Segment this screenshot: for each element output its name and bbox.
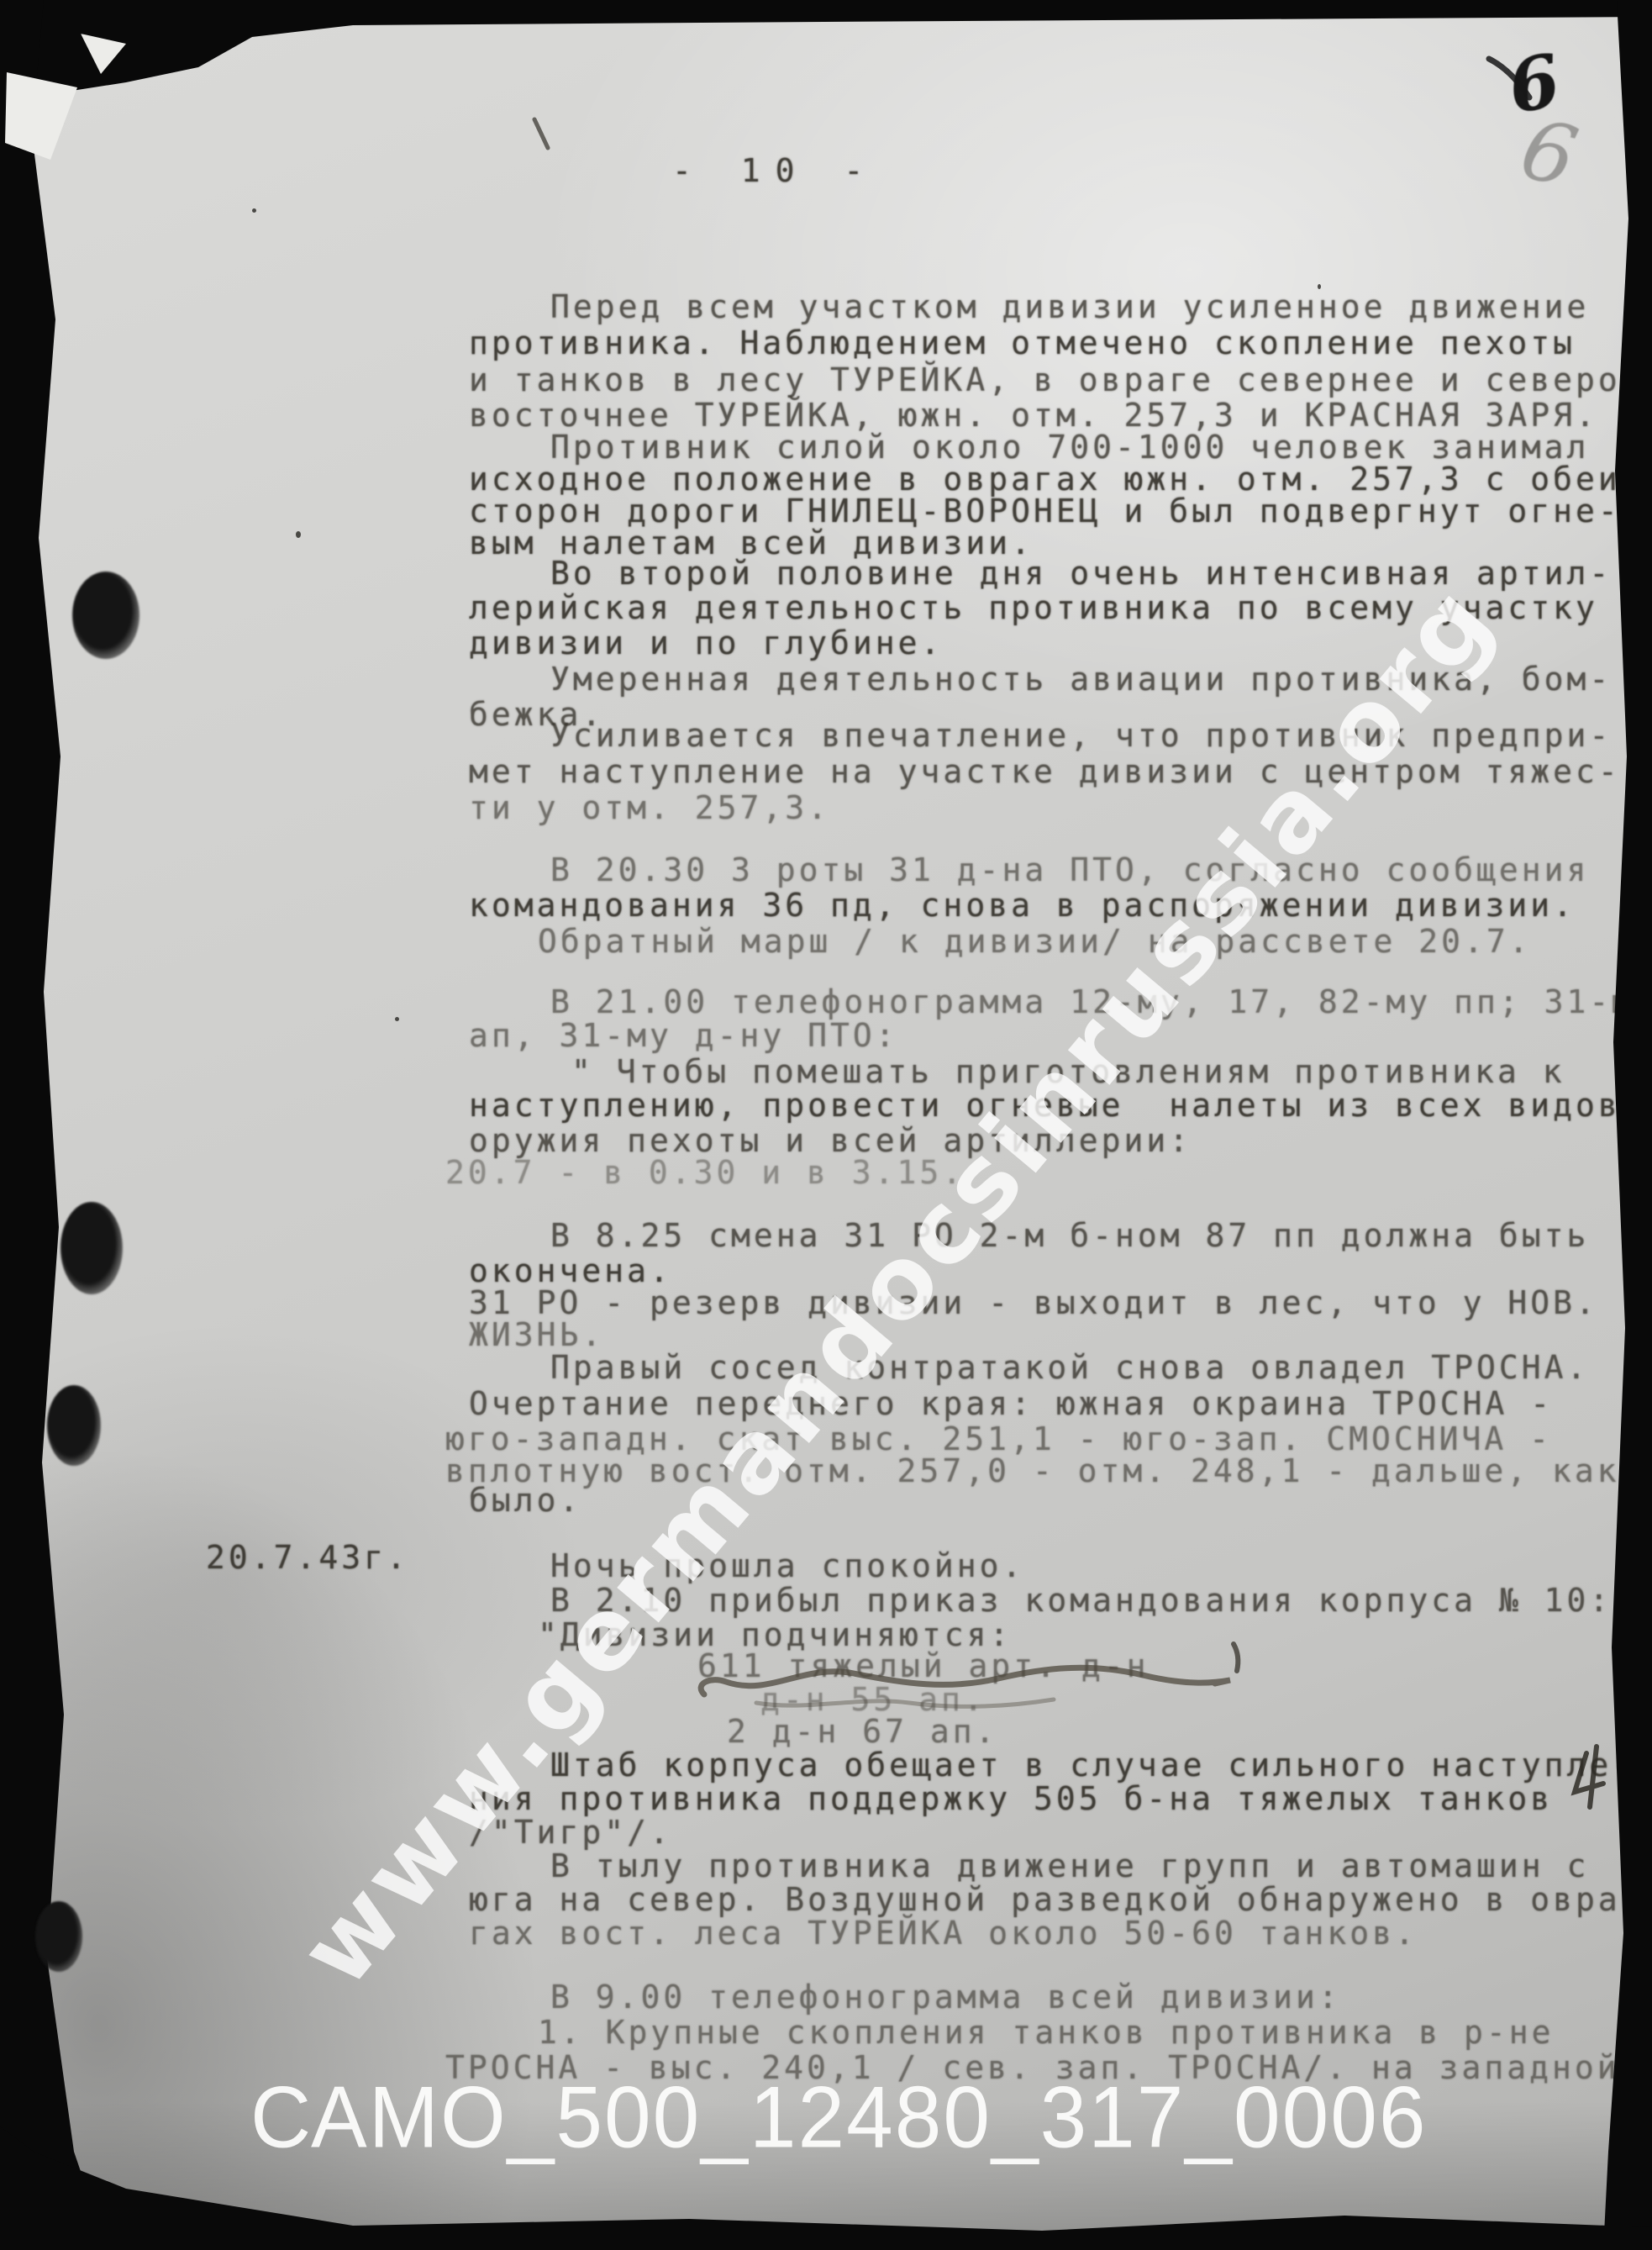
document-line: гах вост. леса ТУРЕЙКА около 50-60 танко… xyxy=(469,1916,1418,1950)
scan-speck xyxy=(252,208,256,213)
stray-pen-stroke xyxy=(534,119,548,148)
document-line: 1. Крупные скопления танков противника в… xyxy=(538,2016,1555,2049)
scan-speck xyxy=(296,531,301,538)
document-line: вплотную вост. отм. 257,0 - отм. 248,1 -… xyxy=(445,1454,1620,1488)
scan-speck xyxy=(1318,284,1321,289)
document-line: Перед всем участком дивизии усиленное дв… xyxy=(550,290,1589,324)
punch-hole xyxy=(72,572,139,659)
document-line: Обратный марш / к дивизии/ на рассвете 2… xyxy=(538,925,1532,958)
document-line: Штаб корпуса обещает в случае сильного н… xyxy=(550,1748,1634,1782)
pencil-tick xyxy=(1234,1644,1238,1671)
archive-reference-label: САМО_500_12480_317_0006 xyxy=(250,2068,1428,2168)
document-line: Правый сосед контратакой снова овладел Т… xyxy=(550,1351,1589,1384)
document-line: командования 36 пд, снова в распоряжении… xyxy=(469,888,1576,922)
document-line: В 20.30 3 роты 31 д-на ПТО, согласно соо… xyxy=(550,853,1589,887)
punch-hole xyxy=(35,1901,82,1972)
document-line: ап, 31-му д-ну ПТО: xyxy=(469,1019,898,1052)
paper-tear xyxy=(81,34,139,84)
paper-tear xyxy=(0,0,101,185)
document-line: сторон дороги ГНИЛЕЦ-ВОРОНЕЦ и был подве… xyxy=(469,494,1621,528)
document-line: д-н 55 ап. xyxy=(760,1683,986,1716)
document-line: исходное положение в оврагах южн. отм. 2… xyxy=(469,462,1644,496)
document-line: ния противника поддержку 505 б-на тяжелы… xyxy=(469,1782,1553,1815)
document-line: В тылу противника движение групп и автом… xyxy=(550,1849,1589,1883)
document-line: 31 РО - резерв дивизии - выходит в лес, … xyxy=(469,1286,1598,1320)
document-line: юга на север. Воздушной разведкой обнару… xyxy=(469,1883,1644,1916)
document-line: Противник силой около 700-1000 человек з… xyxy=(550,430,1589,464)
document-line: 611 тяжелый арт. д-н xyxy=(697,1649,1150,1683)
document-line: восточнее ТУРЕЙКА, южн. отм. 257,3 и КРА… xyxy=(469,398,1598,432)
document-line: 20.7 - в 0.30 и в 3.15. xyxy=(445,1156,965,1189)
document-line: юго-западн. скат выс. 251,1 - юго-зап. С… xyxy=(445,1422,1552,1456)
document-line: было. xyxy=(469,1483,581,1517)
document-line: Очертание переднего края: южная окраина … xyxy=(469,1387,1553,1420)
document-line: ЖИЗНЬ. xyxy=(469,1318,604,1352)
punch-hole xyxy=(61,1202,123,1294)
document-line: Усиливается впечатление, что противник п… xyxy=(550,719,1612,752)
margin-date: 20.7.43г. xyxy=(206,1541,409,1574)
document-line: и танков в лесу ТУРЕЙКА, в овраге северн… xyxy=(469,363,1644,397)
scan-speck xyxy=(395,1017,399,1021)
document-line: дивизии и по глубине. xyxy=(469,626,943,660)
document-line: 2 д-н 67 ап. xyxy=(727,1715,998,1748)
document-line: окончена. xyxy=(469,1254,672,1288)
document-line: мет наступление на участке дивизии с цен… xyxy=(469,755,1621,788)
document-line: В 9.00 телефонограмма всей дивизии: xyxy=(550,1980,1341,2014)
scanned-document-page: Перед всем участком дивизии усиленное дв… xyxy=(0,0,1652,2250)
document-line: ти у отм. 257,3. xyxy=(469,791,830,825)
page-number: - 10 - xyxy=(672,154,878,187)
document-line: противника. Наблюдением отмечено скоплен… xyxy=(469,326,1576,360)
punch-hole xyxy=(47,1385,101,1466)
document-line: В 8.25 смена 31 РО 2-м б-ном 87 пп должн… xyxy=(550,1219,1589,1252)
